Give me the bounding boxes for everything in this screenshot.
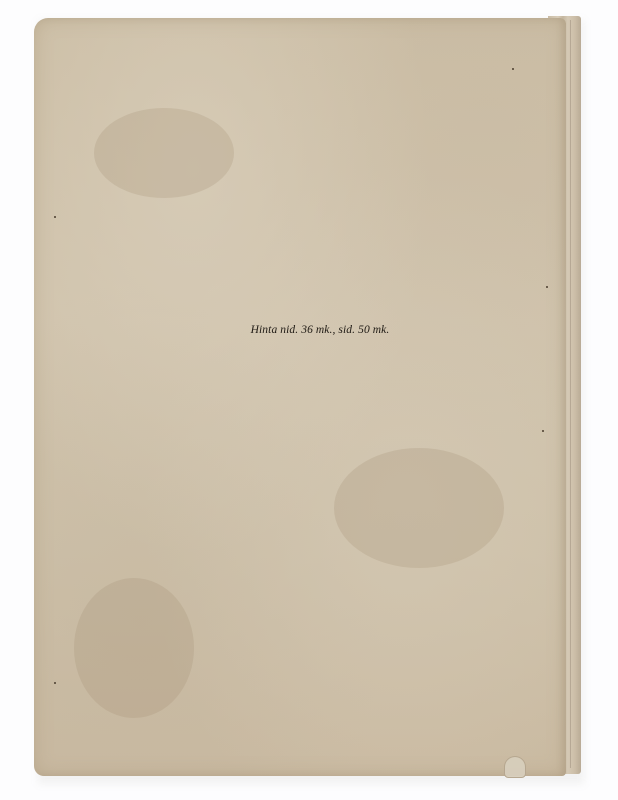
scan-background: Hinta nid. 36 mk., sid. 50 mk. <box>0 0 618 800</box>
paper-fleck <box>54 682 56 684</box>
paper-fleck <box>542 430 544 432</box>
back-cover: Hinta nid. 36 mk., sid. 50 mk. <box>34 18 566 776</box>
paper-fleck <box>546 286 548 288</box>
paper-fleck <box>54 216 56 218</box>
paper-stain <box>74 578 194 718</box>
price-line: Hinta nid. 36 mk., sid. 50 mk. <box>34 324 566 336</box>
paper-fleck <box>512 68 514 70</box>
paper-stain <box>94 108 234 198</box>
paper-stain <box>334 448 504 568</box>
paper-tear <box>504 756 526 778</box>
